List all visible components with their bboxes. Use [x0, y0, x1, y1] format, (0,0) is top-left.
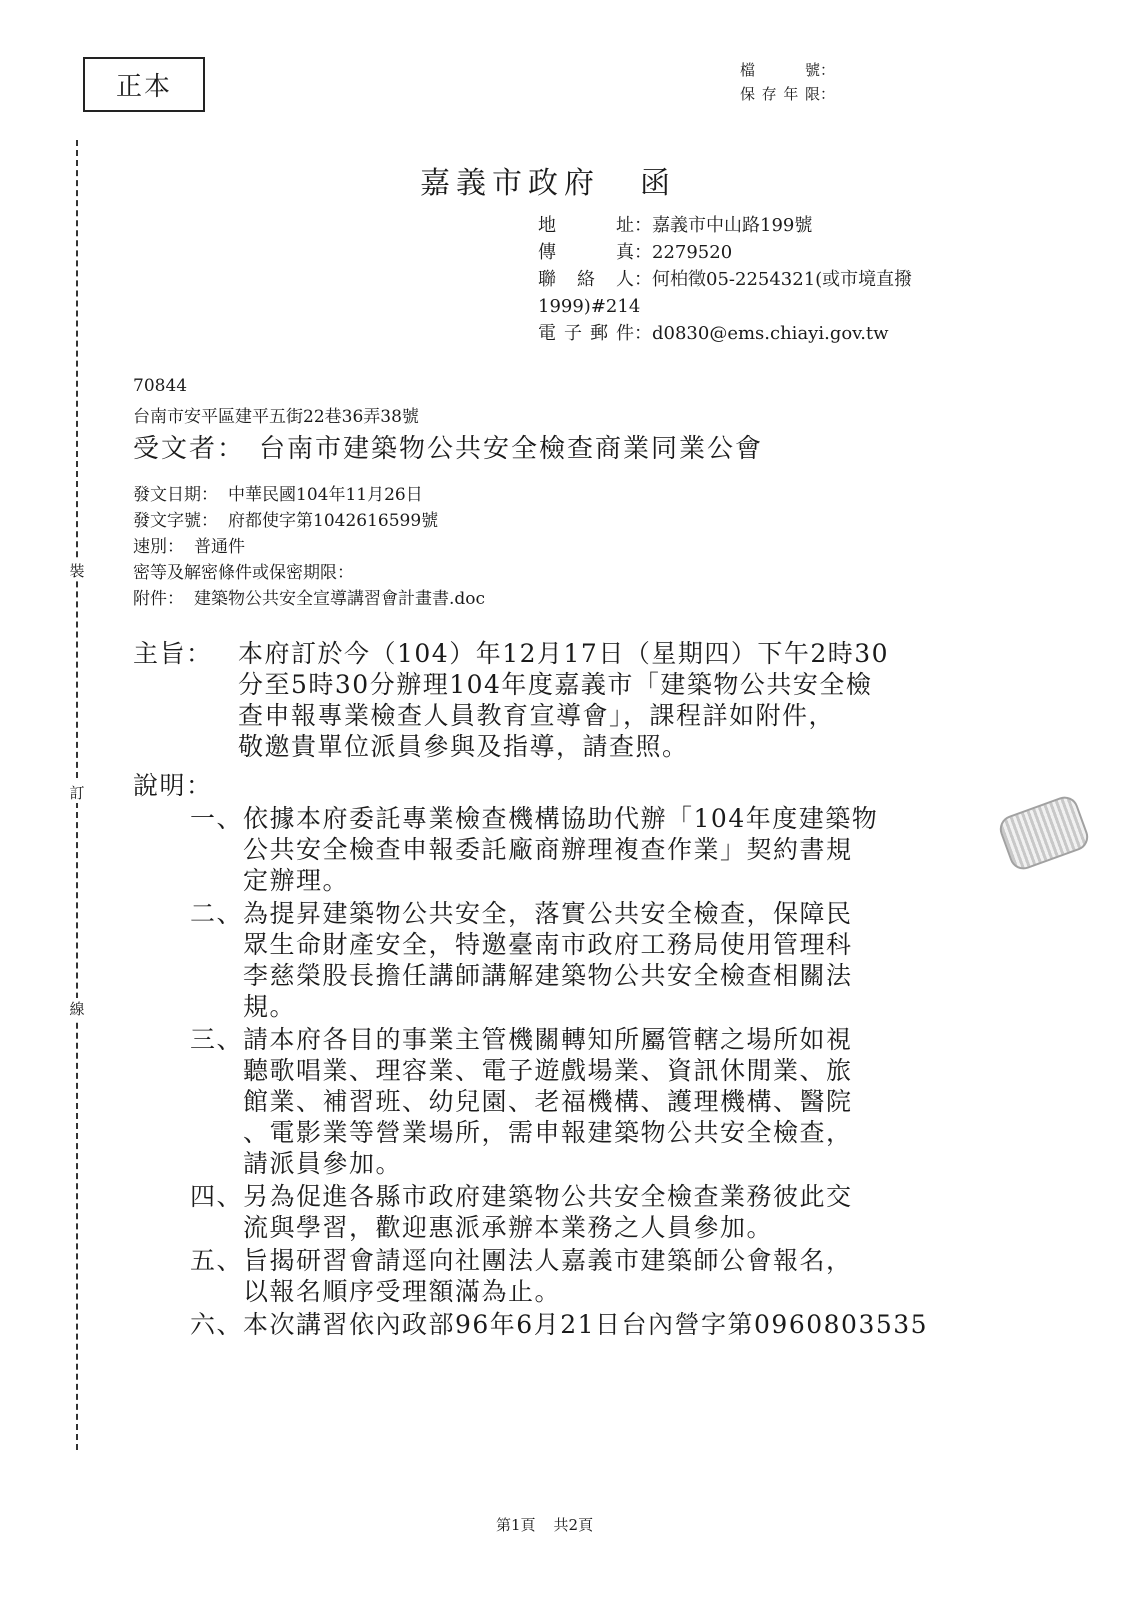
- document-type: 函: [640, 166, 676, 201]
- doc-number-label: 發文字號：: [133, 511, 218, 531]
- colon: ：: [634, 266, 652, 293]
- key-char: 地: [538, 212, 556, 239]
- item-text: 為提昇建築物公共安全，落實公共安全檢查，保障民 眾生命財產安全，特邀臺南市政府工…: [243, 898, 973, 1022]
- explanation-label: 說明：: [133, 770, 973, 801]
- retention-label-3: 年: [783, 82, 798, 106]
- subject-line: 本府訂於今（104）年12月17日（星期四）下午2時30: [238, 638, 973, 669]
- key-char: 郵: [590, 320, 608, 347]
- item-line: 請本府各目的事業主管機關轉知所屬管轄之場所如視: [243, 1024, 973, 1055]
- subject-label: 主旨：: [133, 638, 238, 762]
- contact-person-row: 聯絡人：何柏徵05-2254321(或市境直撥: [538, 266, 912, 293]
- file-number-row: 檔號：: [740, 58, 835, 82]
- attachment-link[interactable]: 建築物公共安全宣導講習會計畫書.doc: [194, 589, 485, 609]
- item-number: 五、: [133, 1245, 243, 1307]
- binding-mark-ding: 訂: [66, 782, 88, 803]
- explanation-item-2: 二、 為提昇建築物公共安全，落實公共安全檢查，保障民 眾生命財產安全，特邀臺南市…: [133, 898, 973, 1022]
- item-text: 另為促進各縣市政府建築物公共安全檢查業務彼此交 流與學習，歡迎惠派承辦本業務之人…: [243, 1181, 973, 1243]
- classification-label: 密等及解密條件或保密期限：: [133, 563, 354, 583]
- item-text: 請本府各目的事業主管機關轉知所屬管轄之場所如視 聽歌唱業、理容業、電子遊戲場業、…: [243, 1024, 973, 1179]
- colon: ：: [820, 82, 835, 106]
- subject-line: 敬邀貴單位派員參與及指導，請查照。: [238, 731, 973, 762]
- retention-label-4: 限: [805, 82, 820, 106]
- document-body: 主旨： 本府訂於今（104）年12月17日（星期四）下午2時30 分至5時30分…: [133, 638, 973, 1340]
- document-meta: 發文日期：中華民國104年11月26日 發文字號：府都使字第1042616599…: [133, 482, 485, 612]
- key-char: 件: [616, 320, 634, 347]
- urgency-value: 普通件: [194, 537, 245, 557]
- contact-person: 何柏徵05-2254321(或市境直撥: [652, 266, 912, 293]
- item-line: 旨揭研習會請逕向社團法人嘉義市建築師公會報名，: [243, 1245, 973, 1276]
- key-char: 子: [564, 320, 582, 347]
- item-number: 一、: [133, 803, 243, 896]
- explanation-item-4: 四、 另為促進各縣市政府建築物公共安全檢查業務彼此交 流與學習，歡迎惠派承辦本業…: [133, 1181, 973, 1243]
- recipient-line: 受文者：台南市建築物公共安全檢查商業同業公會: [133, 428, 763, 465]
- retention-label-1: 保: [740, 82, 755, 106]
- item-text: 本次講習依內政部96年6月21日台內營字第0960803535: [243, 1309, 973, 1340]
- contact-fax: 2279520: [652, 239, 732, 266]
- contact-person-cont-row: 1999)#214: [538, 293, 912, 320]
- item-line: 以報名順序受理額滿為止。: [243, 1276, 973, 1307]
- item-number: 二、: [133, 898, 243, 1022]
- retention-label-2: 存: [762, 82, 777, 106]
- item-line: 另為促進各縣市政府建築物公共安全檢查業務彼此交: [243, 1181, 973, 1212]
- official-seal-icon: [996, 793, 1092, 874]
- item-line: 本次講習依內政部96年6月21日台內營字第0960803535: [243, 1309, 973, 1340]
- colon: ：: [820, 58, 835, 82]
- key-char: 聯: [538, 266, 556, 293]
- item-line: 、電影業等營業場所，需申報建築物公共安全檢查，: [243, 1117, 973, 1148]
- urgency-label: 速別：: [133, 537, 184, 557]
- page-footer: 第1頁共2頁: [496, 1514, 593, 1535]
- binding-mark-xian: 線: [66, 998, 88, 1019]
- item-line: 聽歌唱業、理容業、電子遊戲場業、資訊休閒業、旅: [243, 1055, 973, 1086]
- item-number: 三、: [133, 1024, 243, 1179]
- subject-line: 分至5時30分辦理104年度嘉義市「建築物公共安全檢: [238, 669, 973, 700]
- subject-text: 本府訂於今（104）年12月17日（星期四）下午2時30 分至5時30分辦理10…: [238, 638, 973, 762]
- urgency-row: 速別：普通件: [133, 534, 485, 560]
- doc-number-row: 發文字號：府都使字第1042616599號: [133, 508, 485, 534]
- item-line: 定辦理。: [243, 865, 973, 896]
- key-char: 真: [616, 239, 634, 266]
- key-char: 址: [616, 212, 634, 239]
- item-line: 公共安全檢查申報委託廠商辦理複查作業」契約書規: [243, 834, 973, 865]
- contact-email[interactable]: d0830@ems.chiayi.gov.tw: [652, 320, 889, 347]
- item-line: 規。: [243, 991, 973, 1022]
- binding-mark-zhuang: 裝: [66, 560, 88, 581]
- contact-person-continued: 1999)#214: [538, 293, 640, 320]
- document-title: 嘉義市政府函: [420, 158, 676, 202]
- explanation-item-5: 五、 旨揭研習會請逕向社團法人嘉義市建築師公會報名， 以報名順序受理額滿為止。: [133, 1245, 973, 1307]
- contact-fax-row: 傳真：2279520: [538, 239, 912, 266]
- item-line: 眾生命財產安全，特邀臺南市政府工務局使用管理科: [243, 929, 973, 960]
- explanation-item-6: 六、 本次講習依內政部96年6月21日台內營字第0960803535: [133, 1309, 973, 1340]
- item-line: 館業、補習班、幼兒園、老福機構、護理機構、醫院: [243, 1086, 973, 1117]
- file-meta: 檔號： 保存年限：: [740, 58, 835, 106]
- key-char: 傳: [538, 239, 556, 266]
- file-number-label-2: 號: [805, 58, 820, 82]
- item-number: 四、: [133, 1181, 243, 1243]
- attachment-label: 附件：: [133, 589, 184, 609]
- issue-date-row: 發文日期：中華民國104年11月26日: [133, 482, 485, 508]
- item-line: 依據本府委託專業檢查機構協助代辦「104年度建築物: [243, 803, 973, 834]
- classification-row: 密等及解密條件或保密期限：: [133, 560, 485, 586]
- retention-row: 保存年限：: [740, 82, 835, 106]
- contact-email-row: 電子郵件：d0830@ems.chiayi.gov.tw: [538, 320, 912, 347]
- original-copy-stamp: 正本: [83, 57, 205, 112]
- key-char: 電: [538, 320, 556, 347]
- issue-date-label: 發文日期：: [133, 485, 218, 505]
- explanation-item-1: 一、 依據本府委託專業檢查機構協助代辦「104年度建築物 公共安全檢查申報委託廠…: [133, 803, 973, 896]
- item-text: 依據本府委託專業檢查機構協助代辦「104年度建築物 公共安全檢查申報委託廠商辦理…: [243, 803, 973, 896]
- recipient-name: 台南市建築物公共安全檢查商業同業公會: [259, 434, 763, 464]
- contact-address-row: 地址：嘉義市中山路199號: [538, 212, 912, 239]
- explanation-item-3: 三、 請本府各目的事業主管機關轉知所屬管轄之場所如視 聽歌唱業、理容業、電子遊戲…: [133, 1024, 973, 1179]
- page-total: 共2頁: [554, 1516, 594, 1534]
- item-number: 六、: [133, 1309, 243, 1340]
- page-number: 第1頁: [496, 1516, 536, 1534]
- item-line: 請派員參加。: [243, 1148, 973, 1179]
- subject-section: 主旨： 本府訂於今（104）年12月17日（星期四）下午2時30 分至5時30分…: [133, 638, 973, 762]
- contact-block: 地址：嘉義市中山路199號 傳真：2279520 聯絡人：何柏徵05-22543…: [538, 212, 912, 347]
- attachment-row: 附件：建築物公共安全宣導講習會計畫書.doc: [133, 586, 485, 612]
- doc-number-value: 府都使字第1042616599號: [228, 511, 438, 531]
- issue-date-value: 中華民國104年11月26日: [228, 485, 423, 505]
- colon: ：: [634, 212, 652, 239]
- file-number-label-1: 檔: [740, 58, 755, 82]
- key-char: 絡: [577, 266, 595, 293]
- item-line: 流與學習，歡迎惠派承辦本業務之人員參加。: [243, 1212, 973, 1243]
- colon: ：: [634, 239, 652, 266]
- colon: ：: [634, 320, 652, 347]
- item-line: 為提昇建築物公共安全，落實公共安全檢查，保障民: [243, 898, 973, 929]
- recipient-zip: 70844: [133, 376, 187, 396]
- recipient-label: 受文者：: [133, 434, 245, 464]
- key-char: 人: [616, 266, 634, 293]
- item-text: 旨揭研習會請逕向社團法人嘉義市建築師公會報名， 以報名順序受理額滿為止。: [243, 1245, 973, 1307]
- contact-address: 嘉義市中山路199號: [652, 212, 812, 239]
- recipient-address: 台南市安平區建平五街22巷36弄38號: [133, 402, 419, 427]
- issuing-agency: 嘉義市政府: [420, 166, 600, 201]
- copy-stamp-label: 正本: [116, 66, 172, 103]
- item-line: 李慈榮股長擔任講師講解建築物公共安全檢查相關法: [243, 960, 973, 991]
- subject-line: 查申報專業檢查人員教育宣導會」，課程詳如附件，: [238, 700, 973, 731]
